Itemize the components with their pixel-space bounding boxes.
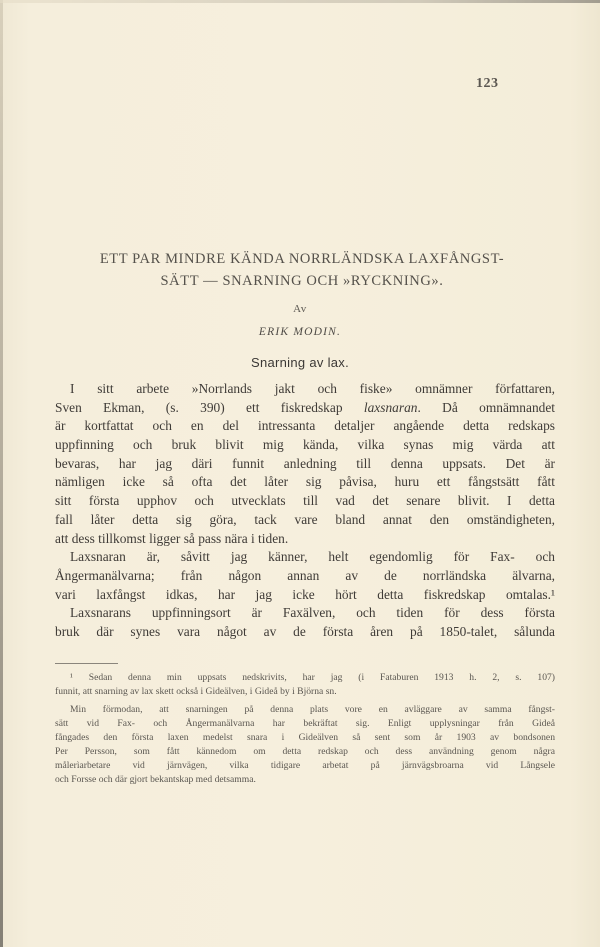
footnote-line: målerìarbetare vid järnvägen, vilka tidi…	[55, 759, 555, 773]
body-line: Laxsnarans uppfinningsort är Faxälven, o…	[55, 604, 555, 623]
body-line: nämligen icke så ofta det låter sig påvi…	[55, 473, 555, 492]
body-line: att dess tillkomst ligger så pass nära i…	[55, 530, 555, 549]
footnote-line: fångades den första laxen medelst snara …	[55, 731, 555, 745]
section-heading: Snarning av lax.	[0, 355, 600, 370]
scanned-page: 123 ETT PAR MINDRE KÄNDA NORRLÄNDSKA LAX…	[0, 0, 600, 947]
title-line: ETT PAR MINDRE KÄNDA NORRLÄNDSKA LAXFÅNG…	[52, 248, 552, 270]
body-line: sitt första upphov och utvecklats till v…	[55, 492, 555, 511]
footnote-line: och Forsse och där gjort bekantskap med …	[55, 773, 555, 787]
body-line: vari laxfångst idkas, har jag icke hört …	[55, 586, 555, 605]
body-line: Sven Ekman, (s. 390) ett fiskredskap lax…	[55, 399, 555, 418]
body-line: I sitt arbete »Norrlands jakt och fiske»…	[55, 380, 555, 399]
page-top-edge-shadow	[0, 0, 600, 3]
footnote-line: funnit, att snarning av lax skett också …	[55, 685, 555, 699]
body-line: är kortfattat och en del intressanta det…	[55, 417, 555, 436]
byline: Av	[0, 303, 600, 315]
body-line: Laxsnaran är, såvitt jag känner, helt eg…	[55, 548, 555, 567]
page-left-edge-shadow	[0, 0, 3, 947]
footnote-line: sätt vid Fax- och Ångermanälvarna har be…	[55, 717, 555, 731]
body-line: Ångermanälvarna; från någon annan av de …	[55, 567, 555, 586]
italic-term: laxsnaran	[364, 400, 418, 415]
footnote-line: Min förmodan, att snarningen på denna pl…	[55, 703, 555, 717]
footnote-line: ¹ Sedan denna min uppsats nedskrivits, h…	[55, 671, 555, 685]
footnote-separator	[55, 663, 118, 664]
article-title: ETT PAR MINDRE KÄNDA NORRLÄNDSKA LAXFÅNG…	[52, 248, 552, 292]
page-number: 123	[476, 76, 499, 92]
body-line: bruk där synes vara något av de första å…	[55, 623, 555, 642]
body-line: fall låter detta sig göra, tack vare bla…	[55, 511, 555, 530]
footnotes: ¹ Sedan denna min uppsats nedskrivits, h…	[55, 671, 555, 787]
author-name: ERIK MODIN.	[0, 326, 600, 338]
title-line: SÄTT — SNARNING OCH »RYCKNING».	[52, 270, 552, 292]
body-line: uppfinning och bruk blivit mig kända, vi…	[55, 436, 555, 455]
body-text: I sitt arbete »Norrlands jakt och fiske»…	[55, 380, 555, 642]
body-line: bevaras, har jag däri funnit anledning t…	[55, 455, 555, 474]
footnote-line: Per Persson, som fått kännedom om detta …	[55, 745, 555, 759]
